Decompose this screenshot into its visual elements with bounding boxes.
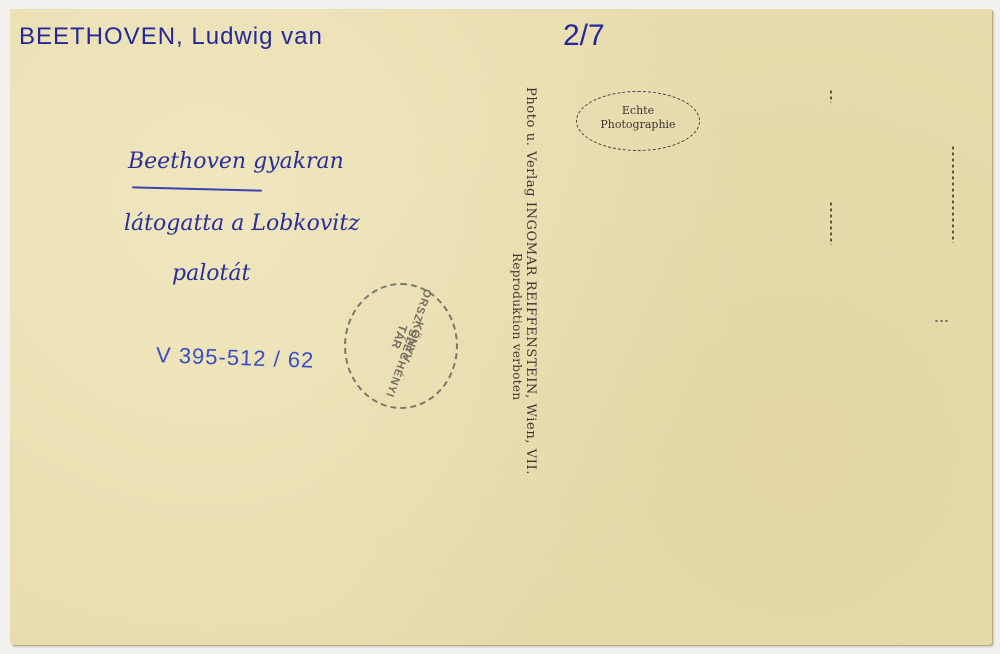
publisher-imprint-line-1: Photo u. Verlag INGOMAR REIFFENSTEIN, Wi… xyxy=(523,87,538,475)
header-name: BEETHOVEN, Ludwig van xyxy=(19,23,323,51)
stamp-inner-text: KÖNYV TÁR xyxy=(383,306,430,372)
note-line-1: Beethoven gyakran xyxy=(128,149,344,174)
photo-stamp-line-1: Echte xyxy=(577,104,699,118)
note-line-3: palotát xyxy=(172,261,250,286)
dotted-mark-horizontal xyxy=(934,320,948,322)
publisher-imprint-line-2: Reproduktion verboten xyxy=(510,253,524,400)
note-line-2: látogatta a Lobkovitz xyxy=(124,211,360,236)
dotted-line-left-top xyxy=(830,89,832,103)
dotted-line-left-bottom xyxy=(830,201,832,245)
header-number: 2/7 xyxy=(563,19,605,53)
postcard-back: BEETHOVEN, Ludwig van 2/7 Beethoven gyak… xyxy=(10,9,992,645)
echte-photographie-stamp: Echte Photographie xyxy=(576,91,700,151)
note-underline xyxy=(132,186,262,191)
call-number: V 395-512 / 62 xyxy=(156,342,315,374)
photo-stamp-line-2: Photographie xyxy=(577,118,699,132)
library-stamp: ORSZ. SZÉCHÉNYI KÖNYV TÁR xyxy=(344,283,458,409)
dotted-line-right xyxy=(952,145,954,243)
